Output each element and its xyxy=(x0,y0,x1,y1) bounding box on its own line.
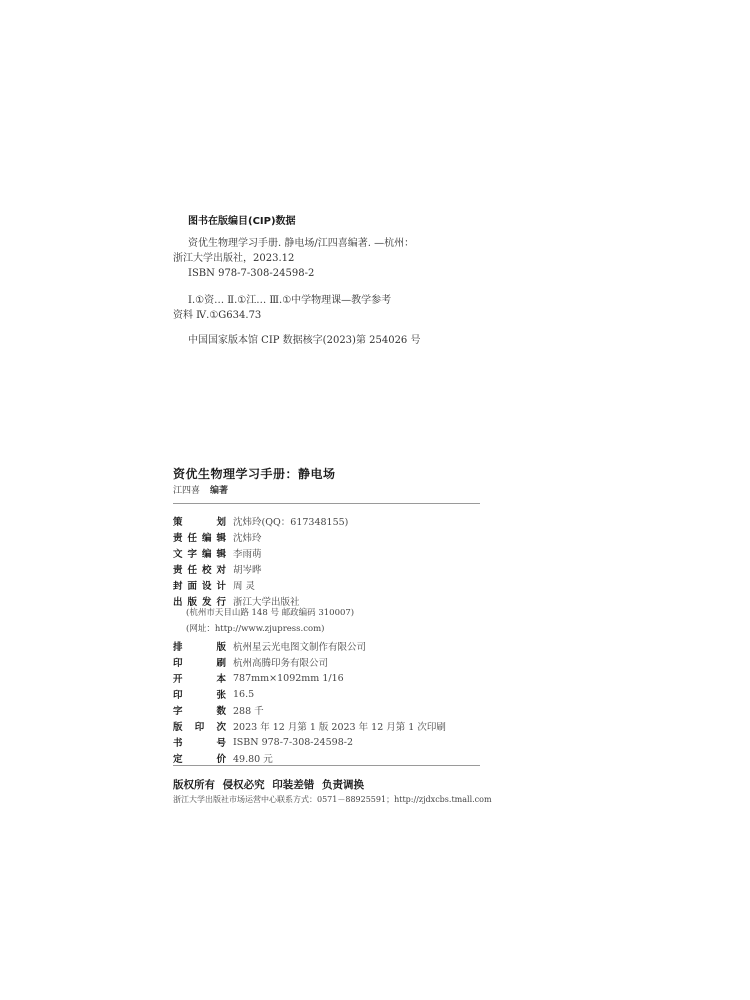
colophon-row: 书号ISBN 978-7-308-24598-2 xyxy=(173,734,353,750)
label-char: 开 xyxy=(173,671,183,685)
label-char: 任 xyxy=(187,562,197,576)
label-char: 号 xyxy=(216,735,226,749)
book-title: 资优生物理学习手册：静电场 xyxy=(173,465,336,482)
label-char: 责 xyxy=(173,562,183,576)
author-name: 江四喜 xyxy=(173,486,200,496)
colophon-row: 开本787mm×1092mm 1/16 xyxy=(173,670,344,686)
label-char: 责 xyxy=(173,530,183,544)
colophon-label: 开本 xyxy=(173,671,233,685)
label-char: 编 xyxy=(202,546,212,560)
colophon-label: 书号 xyxy=(173,735,233,749)
label-char: 数 xyxy=(216,703,226,717)
colophon-label: 字数 xyxy=(173,703,233,717)
label-char: 封 xyxy=(173,578,183,592)
colophon-row: 版印次2023 年 12 月第 1 版 2023 年 12 月第 1 次印刷 xyxy=(173,718,446,734)
label-char: 次 xyxy=(216,719,226,733)
label-char: 价 xyxy=(216,751,226,765)
publisher-address: (杭州市天目山路 148 号 邮政编码 310007) xyxy=(186,606,354,618)
label-char: 出 xyxy=(173,594,183,608)
colophon-row: 封面设计周 灵 xyxy=(173,577,255,593)
label-char: 排 xyxy=(173,639,183,653)
label-char: 编 xyxy=(202,530,212,544)
publisher-contact: 浙江大学出版社市场运营中心联系方式：0571－88925591；http://z… xyxy=(173,794,492,805)
author-role: 编著 xyxy=(210,486,228,496)
cip-line-isbn: ISBN 978-7-308-24598-2 xyxy=(188,267,314,281)
label-char: 文 xyxy=(173,546,183,560)
publisher-website: (网址：http://www.zjupress.com) xyxy=(186,622,324,634)
colophon-row: 责任编辑沈炜玲 xyxy=(173,529,262,545)
colophon-value: 杭州星云光电图文制作有限公司 xyxy=(233,639,366,653)
label-char: 校 xyxy=(202,562,212,576)
colophon-label: 版印次 xyxy=(173,719,233,733)
label-char: 字 xyxy=(173,703,183,717)
colophon-row: 责任校对胡岑晔 xyxy=(173,561,262,577)
colophon-value: 16.5 xyxy=(233,689,254,700)
label-char: 设 xyxy=(202,578,212,592)
colophon-row: 排版杭州星云光电图文制作有限公司 xyxy=(173,638,366,654)
colophon-label: 印刷 xyxy=(173,655,233,669)
colophon-value: 49.80 元 xyxy=(233,751,273,765)
cip-heading: 图书在版编目(CIP)数据 xyxy=(188,212,296,227)
colophon-value: 沈炜玲(QQ：617348155) xyxy=(233,514,348,528)
colophon-value: 胡岑晔 xyxy=(233,562,262,576)
label-char: 任 xyxy=(187,530,197,544)
label-char: 刷 xyxy=(216,655,226,669)
cip-line-2: 浙江大学出版社，2023.12 xyxy=(173,252,294,266)
colophon-label: 定价 xyxy=(173,751,233,765)
colophon-row: 印张16.5 xyxy=(173,686,254,702)
colophon-label: 排版 xyxy=(173,639,233,653)
colophon-value: 787mm×1092mm 1/16 xyxy=(233,673,344,684)
label-char: 印 xyxy=(173,655,183,669)
label-char: 印 xyxy=(173,687,183,701)
colophon-row: 文字编辑李雨萌 xyxy=(173,545,262,561)
label-char: 字 xyxy=(187,546,197,560)
colophon-value: 杭州高腾印务有限公司 xyxy=(233,655,328,669)
colophon-value: 沈炜玲 xyxy=(233,530,262,544)
label-char: 张 xyxy=(216,687,226,701)
colophon-row: 字数288 千 xyxy=(173,702,264,718)
colophon-value: 李雨萌 xyxy=(233,546,262,560)
colophon-value: 2023 年 12 月第 1 版 2023 年 12 月第 1 次印刷 xyxy=(233,719,446,733)
label-char: 定 xyxy=(173,751,183,765)
label-char: 对 xyxy=(216,562,226,576)
colophon-label: 印张 xyxy=(173,687,233,701)
label-char: 辑 xyxy=(216,530,226,544)
colophon-label: 策划 xyxy=(173,514,233,528)
cip-line-classification-2: 资料 Ⅳ.①G634.73 xyxy=(173,309,261,323)
colophon-label: 责任编辑 xyxy=(173,530,233,544)
label-char: 辑 xyxy=(216,546,226,560)
book-author: 江四喜编著 xyxy=(173,483,228,496)
colophon-row: 定价49.80 元 xyxy=(173,750,273,766)
copyright-notice: 版权所有 侵权必究 印装差错 负责调换 xyxy=(173,777,364,792)
label-char: 印 xyxy=(195,719,205,733)
colophon-label: 文字编辑 xyxy=(173,546,233,560)
colophon-value: 周 灵 xyxy=(233,578,255,592)
label-char: 书 xyxy=(173,735,183,749)
cip-line-classification: Ⅰ.①资… Ⅱ.①江… Ⅲ.①中学物理课—教学参考 xyxy=(188,294,391,308)
label-char: 版 xyxy=(173,719,183,733)
top-divider xyxy=(173,503,480,504)
colophon-label: 封面设计 xyxy=(173,578,233,592)
label-char: 划 xyxy=(216,514,226,528)
label-char: 计 xyxy=(216,578,226,592)
colophon-value: 288 千 xyxy=(233,703,264,717)
colophon-row: 印刷杭州高腾印务有限公司 xyxy=(173,654,328,670)
label-char: 策 xyxy=(173,514,183,528)
colophon-value: ISBN 978-7-308-24598-2 xyxy=(233,737,353,748)
colophon-row: 策划沈炜玲(QQ：617348155) xyxy=(173,513,348,529)
colophon-label: 责任校对 xyxy=(173,562,233,576)
label-char: 版 xyxy=(216,639,226,653)
label-char: 本 xyxy=(216,671,226,685)
cip-verification: 中国国家版本馆 CIP 数据核字(2023)第 254026 号 xyxy=(188,334,420,348)
cip-line-1: 资优生物理学习手册. 静电场/江四喜编著. —杭州： xyxy=(188,237,414,251)
label-char: 面 xyxy=(187,578,197,592)
bottom-divider xyxy=(173,765,480,766)
